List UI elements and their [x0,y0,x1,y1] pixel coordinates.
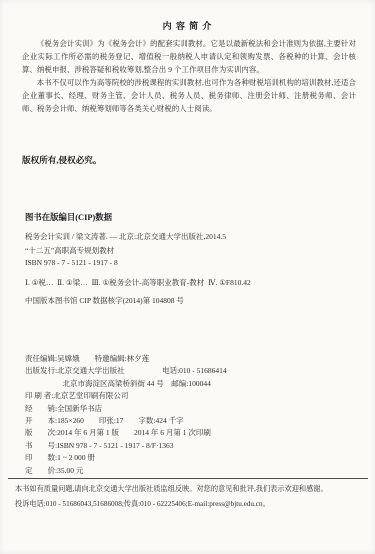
intro-paragraph-2: 本书不仅可以作为高等院校的涉税课程的实训教材,也可作为各种财税培训机构的培训教材… [22,76,356,115]
cip-isbn-line: ISBN 978 - 7 - 5121 - 1917 - 8 [25,258,118,267]
colophon-row-distributor: 经 销:全国新华书店 [25,403,355,415]
contact-note: 投诉电话:010 - 51686043,51686008;传真:010 - 62… [15,499,363,509]
colophon: 责任编辑:吴嫦娥 特邀编辑:林夕莲 出版发行:北京交通大学出版社 电话:010 … [25,353,355,477]
cip-classification: Ⅰ. ①税… Ⅱ. ①梁… Ⅲ. ①税务会计-高等职业教育-教材 Ⅳ. ①F81… [25,277,251,288]
book-copyright-page: 内 容 简 介 《税务会计实训》为《税务会计》的配套实训教材。它是以最新税法和会… [0,0,375,554]
intro-paragraph-1: 《税务会计实训》为《税务会计》的配套实训教材。它是以最新税法和会计准则为依据,主… [22,37,356,76]
colophon-row-printer: 印 刷 者:北京艺堂印刷有限公司 [25,390,355,402]
cip-series-line: “十二五”高职高专规划教材 [25,245,114,256]
quality-note: 本书如有质量问题,请向北京交通大学出版社质监组反映。对您的意见和批评,我们表示欢… [15,484,363,494]
colophon-row-publisher: 出版发行:北京交通大学出版社 电话:010 - 51686414 [25,365,355,377]
copyright-notice: 版权所有,侵权必究。 [22,154,102,166]
colophon-row-address: 北京市海淀区高梁桥斜街 44 号 邮编:100044 [25,378,355,390]
colophon-row-format: 开 本:185×260 印张:17 字数:424 千字 [25,415,355,427]
colophon-row-edition: 版 次:2014 年 6 月第 1 版 2014 年 6 月第 1 次印刷 [25,427,355,439]
colophon-row-print-run: 印 数:1 ~ 2 000 册 [25,452,355,464]
colophon-row-editor: 责任编辑:吴嫦娥 特邀编辑:林夕莲 [25,353,355,365]
intro-block: 《税务会计实训》为《税务会计》的配套实训教材。它是以最新税法和会计准则为依据,主… [22,37,356,116]
cip-registry: 中国版本图书馆 CIP 数据核字(2014)第 104808 号 [25,295,184,306]
colophon-row-price: 定 价:35.00 元 [25,465,355,477]
cip-heading: 图书在版编目(CIP)数据 [25,211,112,223]
colophon-row-isbn: 书 号:ISBN 978 - 7 - 5121 - 1917 - 8/F·136… [25,440,355,452]
divider-rule [8,478,368,479]
intro-title: 内 容 简 介 [0,19,375,32]
cip-title-line: 税务会计实训 / 梁文涛著. — 北京:北京交通大学出版社,2014.5 [25,231,226,242]
